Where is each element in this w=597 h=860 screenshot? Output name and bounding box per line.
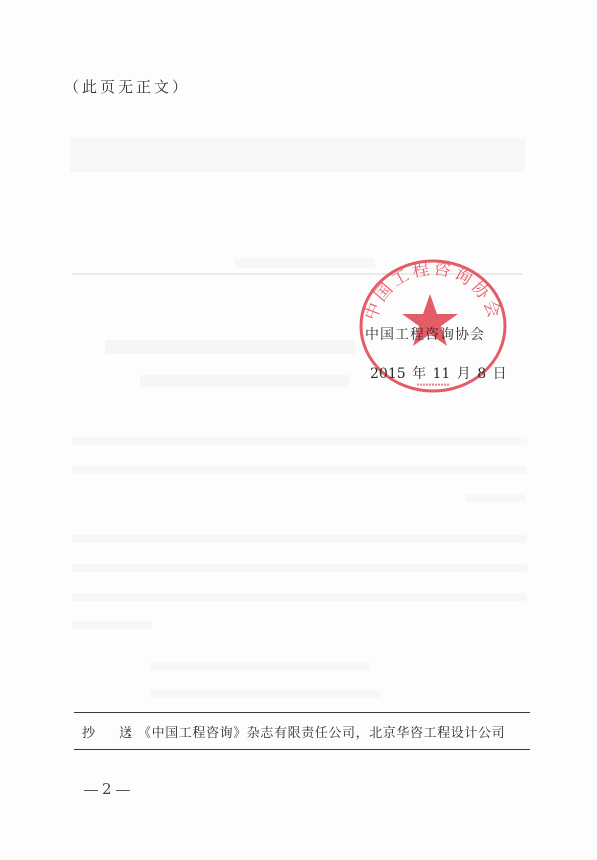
carbon-copy-recipients: 《中国工程咨询》杂志有限责任公司，北京华咨工程设计公司 bbox=[138, 722, 505, 741]
show-through-line bbox=[72, 593, 527, 601]
page-number: 2 bbox=[80, 780, 134, 798]
show-through-line bbox=[150, 690, 380, 698]
no-body-note: （此页无正文） bbox=[64, 76, 190, 97]
show-through-line bbox=[72, 437, 527, 445]
show-through-line bbox=[150, 662, 370, 670]
document-page: （此页无正文） 中国工程咨询协会 ▪▪▪▪▪▪▪▪▪▪▪ 中国工程咨询协会 20… bbox=[0, 0, 597, 860]
show-through-line bbox=[72, 621, 152, 629]
show-through-subtitle bbox=[235, 258, 375, 268]
show-through-line bbox=[72, 535, 527, 543]
show-through-line bbox=[72, 466, 527, 474]
show-through-heading bbox=[140, 375, 350, 387]
show-through-line bbox=[72, 564, 527, 572]
signature-date: 2015 年 11 月 8 日 bbox=[370, 363, 507, 383]
show-through-line bbox=[465, 494, 525, 502]
dash-icon bbox=[84, 790, 98, 791]
page-number-value: 2 bbox=[102, 780, 112, 798]
show-through-heading bbox=[105, 340, 355, 354]
show-through-title bbox=[70, 138, 525, 172]
signature-organization: 中国工程咨询协会 bbox=[365, 324, 485, 344]
carbon-copy-block: 抄 送 ： 《中国工程咨询》杂志有限责任公司，北京华咨工程设计公司 bbox=[74, 712, 530, 750]
dash-icon bbox=[116, 790, 130, 791]
